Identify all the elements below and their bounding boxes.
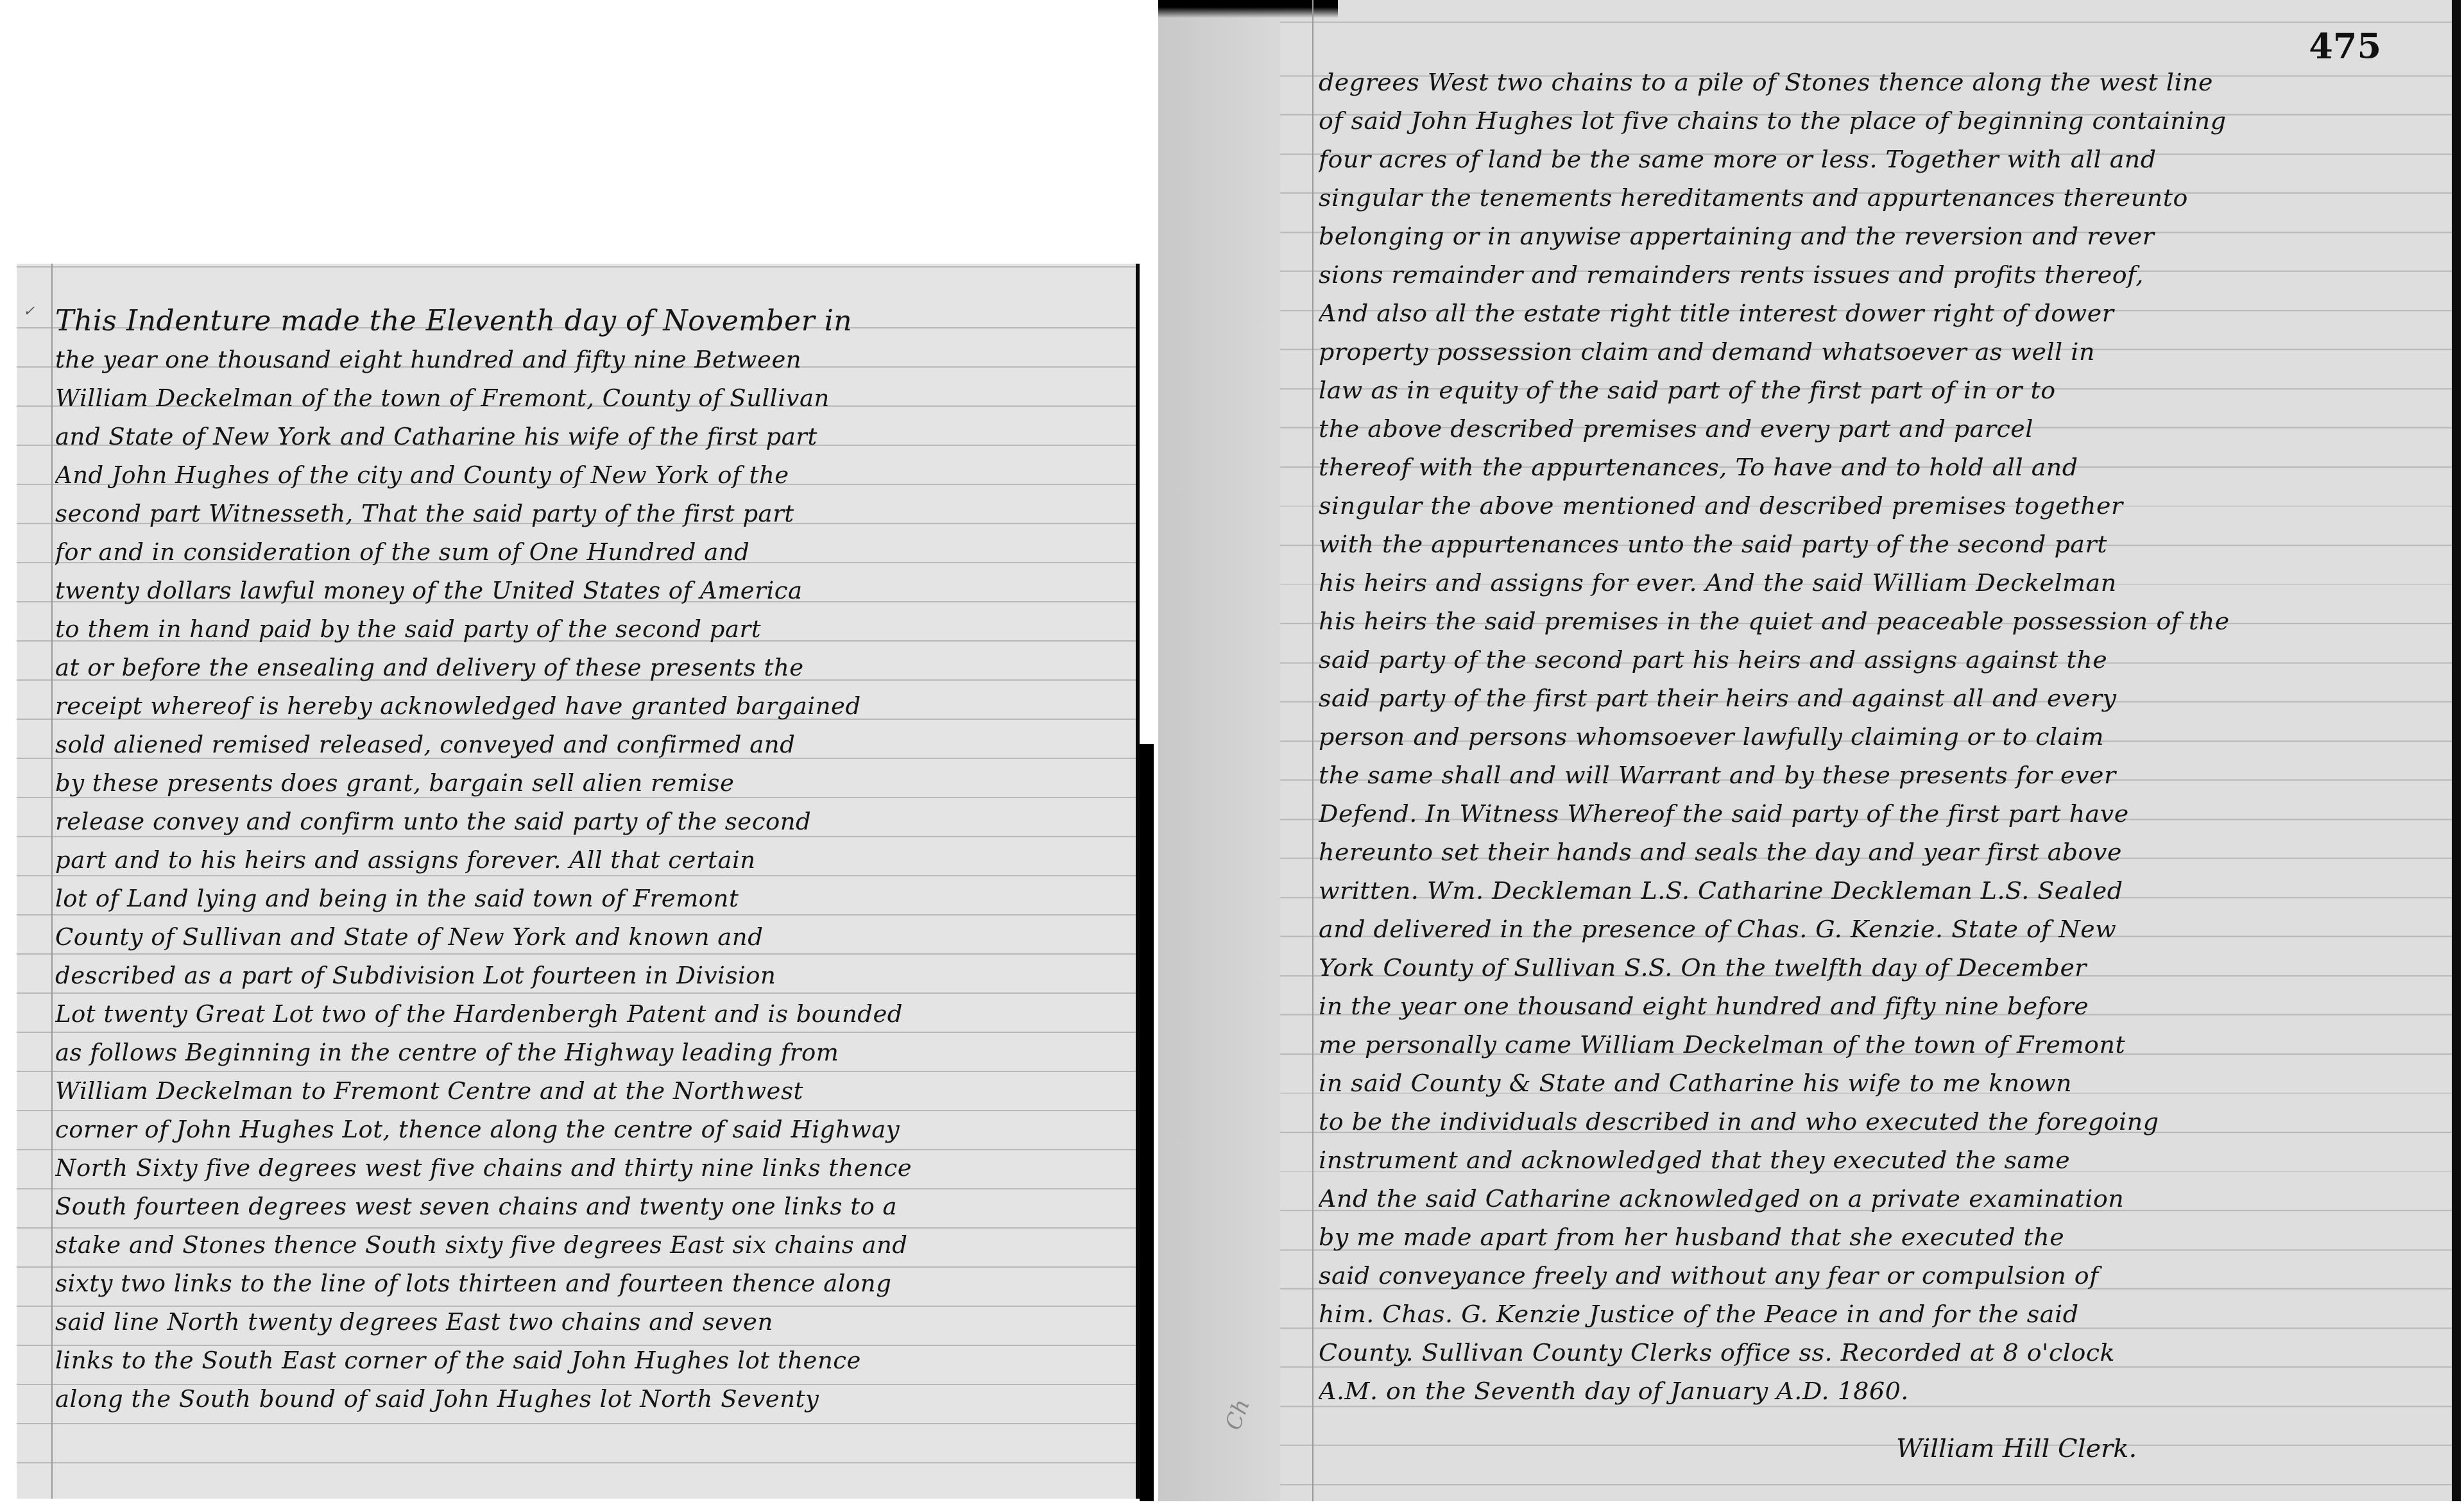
- text-line: said conveyance freely and without any f…: [1319, 1256, 2409, 1295]
- text-line: William Deckelman to Fremont Centre and …: [55, 1072, 1133, 1111]
- text-line: the same shall and will Warrant and by t…: [1319, 756, 2409, 794]
- right-page-text: degrees West two chains to a pile of Sto…: [1319, 63, 2409, 1410]
- clerk-signature: William Hill Clerk.: [1896, 1434, 2137, 1463]
- text-line: along the South bound of said John Hughe…: [55, 1380, 1133, 1418]
- text-line: said party of the second part his heirs …: [1319, 640, 2409, 679]
- text-line: part and to his heirs and assigns foreve…: [55, 841, 1133, 880]
- text-line: And the said Catharine acknowledged on a…: [1319, 1179, 2409, 1218]
- text-line: and State of New York and Catharine his …: [55, 418, 1133, 456]
- text-line: receipt whereof is hereby acknowledged h…: [55, 687, 1133, 726]
- text-line: by me made apart from her husband that s…: [1319, 1218, 2409, 1256]
- text-line: North Sixty five degrees west five chain…: [55, 1149, 1133, 1188]
- text-line: of said John Hughes lot five chains to t…: [1319, 101, 2409, 140]
- left-page-text: This Indenture made the Eleventh day of …: [55, 302, 1133, 1418]
- text-line: second part Witnesseth, That the said pa…: [55, 495, 1133, 533]
- text-line: South fourteen degrees west seven chains…: [55, 1188, 1133, 1226]
- text-line: release convey and confirm unto the said…: [55, 803, 1133, 841]
- text-line: at or before the ensealing and delivery …: [55, 649, 1133, 687]
- text-line: This Indenture made the Eleventh day of …: [55, 302, 1133, 341]
- text-line: instrument and acknowledged that they ex…: [1319, 1141, 2409, 1179]
- text-line: singular the above mentioned and describ…: [1319, 486, 2409, 525]
- text-line: described as a part of Subdivision Lot f…: [55, 957, 1133, 995]
- text-line: links to the South East corner of the sa…: [55, 1341, 1133, 1380]
- text-line: me personally came William Deckelman of …: [1319, 1025, 2409, 1064]
- page-corner-shadow: [1158, 0, 1338, 18]
- left-page: ✓ This Indenture made the Eleventh day o…: [17, 264, 1140, 1499]
- text-line: him. Chas. G. Kenzie Justice of the Peac…: [1319, 1295, 2409, 1333]
- page-number: 475: [2309, 26, 2381, 67]
- text-line: belonging or in anywise appertaining and…: [1319, 217, 2409, 255]
- text-line: Defend. In Witness Whereof the said part…: [1319, 794, 2409, 833]
- text-line: in said County & State and Catharine his…: [1319, 1064, 2409, 1102]
- text-line: York County of Sullivan S.S. On the twel…: [1319, 948, 2409, 987]
- text-line: William Deckelman of the town of Fremont…: [55, 379, 1133, 418]
- text-line: And also all the estate right title inte…: [1319, 294, 2409, 332]
- text-line: sions remainder and remainders rents iss…: [1319, 255, 2409, 294]
- text-line: corner of John Hughes Lot, thence along …: [55, 1111, 1133, 1149]
- text-line: hereunto set their hands and seals the d…: [1319, 833, 2409, 871]
- text-line: for and in consideration of the sum of O…: [55, 533, 1133, 572]
- text-line: to them in hand paid by the said party o…: [55, 610, 1133, 649]
- text-line: A.M. on the Seventh day of January A.D. …: [1319, 1372, 2409, 1410]
- text-line: said party of the first part their heirs…: [1319, 679, 2409, 717]
- text-line: sixty two links to the line of lots thir…: [55, 1264, 1133, 1303]
- text-line: four acres of land be the same more or l…: [1319, 140, 2409, 178]
- text-line: by these presents does grant, bargain se…: [55, 764, 1133, 803]
- text-line: sold aliened remised released, conveyed …: [55, 726, 1133, 764]
- text-line: degrees West two chains to a pile of Sto…: [1319, 63, 2409, 101]
- text-line: his heirs the said premises in the quiet…: [1319, 602, 2409, 640]
- text-line: his heirs and assigns for ever. And the …: [1319, 563, 2409, 602]
- text-line: And John Hughes of the city and County o…: [55, 456, 1133, 495]
- text-line: said line North twenty degrees East two …: [55, 1303, 1133, 1341]
- text-line: with the appurtenances unto the said par…: [1319, 525, 2409, 563]
- text-line: the above described premises and every p…: [1319, 409, 2409, 448]
- text-line: Lot twenty Great Lot two of the Hardenbe…: [55, 995, 1133, 1034]
- binding-shadow: [1140, 744, 1154, 1501]
- text-line: as follows Beginning in the centre of th…: [55, 1034, 1133, 1072]
- text-line: law as in equity of the said part of the…: [1319, 371, 2409, 409]
- text-line: County. Sullivan County Clerks office ss…: [1319, 1333, 2409, 1372]
- check-mark-icon: ✓: [23, 303, 35, 319]
- text-line: twenty dollars lawful money of the Unite…: [55, 572, 1133, 610]
- text-line: County of Sullivan and State of New York…: [55, 918, 1133, 957]
- text-line: stake and Stones thence South sixty five…: [55, 1226, 1133, 1264]
- text-line: written. Wm. Deckleman L.S. Catharine De…: [1319, 871, 2409, 910]
- text-line: singular the tenements hereditaments and…: [1319, 178, 2409, 217]
- margin-rule: [51, 264, 53, 1499]
- margin-note: Ch: [1220, 1396, 1255, 1434]
- text-line: property possession claim and demand wha…: [1319, 332, 2409, 371]
- text-line: and delivered in the presence of Chas. G…: [1319, 910, 2409, 948]
- text-line: in the year one thousand eight hundred a…: [1319, 987, 2409, 1025]
- right-page: 475 degrees West two chains to a pile of…: [1158, 0, 2461, 1501]
- margin-rule: [1312, 0, 1313, 1501]
- text-line: to be the individuals described in and w…: [1319, 1102, 2409, 1141]
- text-line: lot of Land lying and being in the said …: [55, 880, 1133, 918]
- text-line: person and persons whomsoever lawfully c…: [1319, 717, 2409, 756]
- text-line: the year one thousand eight hundred and …: [55, 341, 1133, 379]
- text-line: thereof with the appurtenances, To have …: [1319, 448, 2409, 486]
